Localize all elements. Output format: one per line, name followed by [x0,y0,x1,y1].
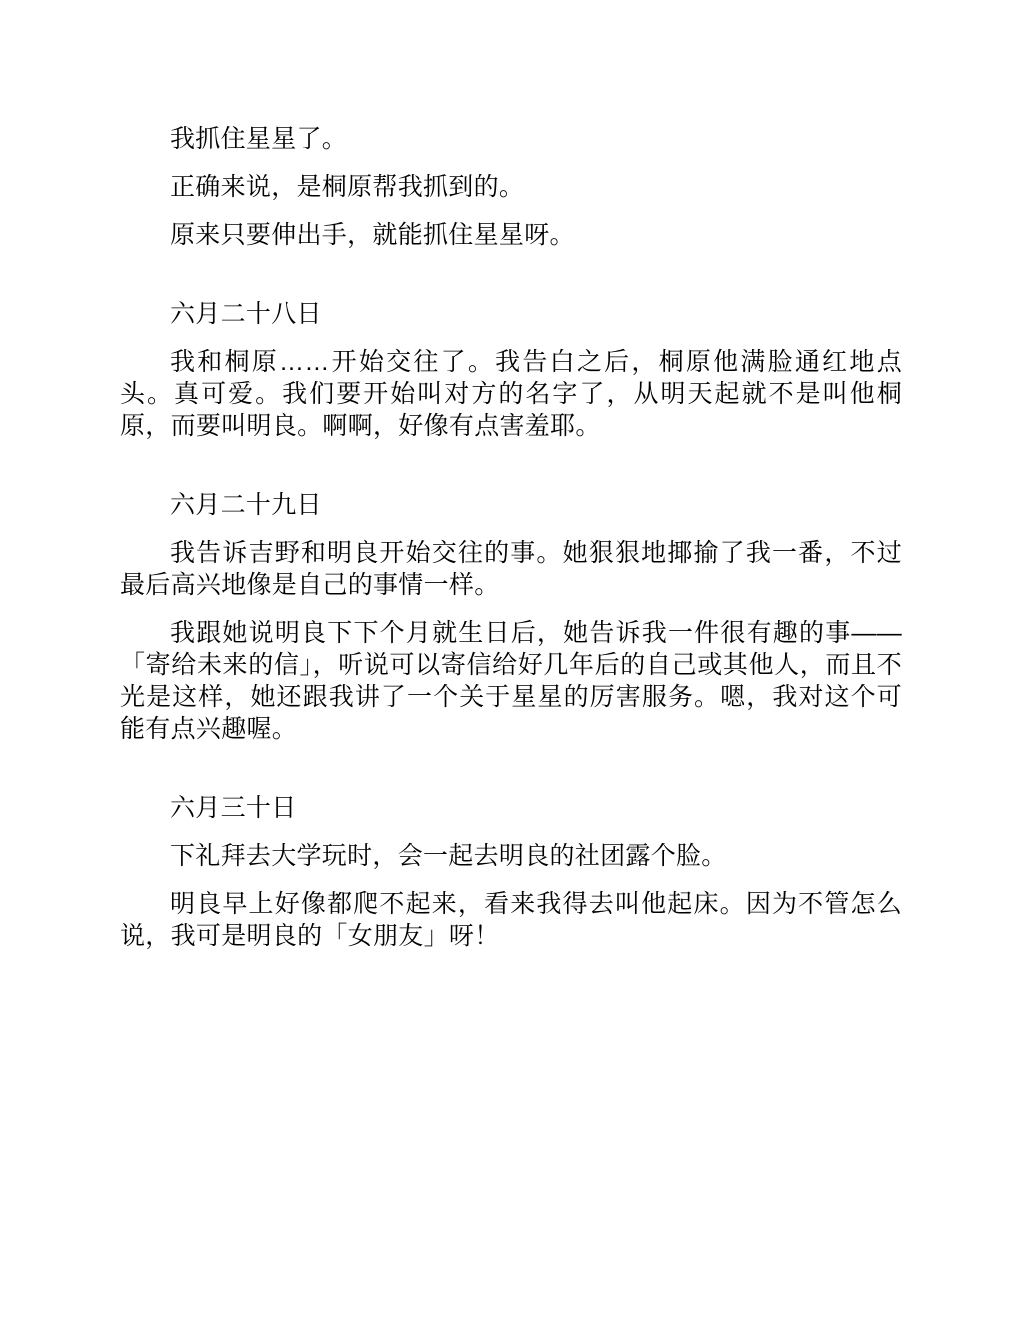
section-heading-date: 六月二十八日 [120,298,902,330]
diary-section-june-29: 六月二十九日 我告诉吉野和明良开始交往的事。她狠狠地揶揄了我一番，不过最后高兴地… [120,489,902,745]
paragraph: 我抓住星星了。 [120,123,902,155]
paragraph: 下礼拜去大学玩时，会一起去明良的社团露个脸。 [120,840,902,872]
paragraph: 我跟她说明良下下个月就生日后，她告诉我一件很有趣的事——「寄给未来的信」，听说可… [120,617,902,745]
section-heading-date: 六月二十九日 [120,489,902,521]
paragraph: 明良早上好像都爬不起来，看来我得去叫他起床。因为不管怎么说，我可是明良的「女朋友… [120,888,902,952]
section-heading-date: 六月三十日 [120,792,902,824]
diary-section-june-28: 六月二十八日 我和桐原……开始交往了。我告白之后，桐原他满脸通红地点头。真可爱。… [120,298,902,442]
paragraph: 正确来说，是桐原帮我抓到的。 [120,171,902,203]
paragraph: 我告诉吉野和明良开始交往的事。她狠狠地揶揄了我一番，不过最后高兴地像是自己的事情… [120,537,902,601]
diary-section-intro: 我抓住星星了。 正确来说，是桐原帮我抓到的。 原来只要伸出手，就能抓住星星呀。 [120,123,902,251]
diary-section-june-30: 六月三十日 下礼拜去大学玩时，会一起去明良的社团露个脸。 明良早上好像都爬不起来… [120,792,902,952]
paragraph: 原来只要伸出手，就能抓住星星呀。 [120,219,902,251]
paragraph: 我和桐原……开始交往了。我告白之后，桐原他满脸通红地点头。真可爱。我们要开始叫对… [120,346,902,442]
document-page: 我抓住星星了。 正确来说，是桐原帮我抓到的。 原来只要伸出手，就能抓住星星呀。 … [0,0,1020,1320]
